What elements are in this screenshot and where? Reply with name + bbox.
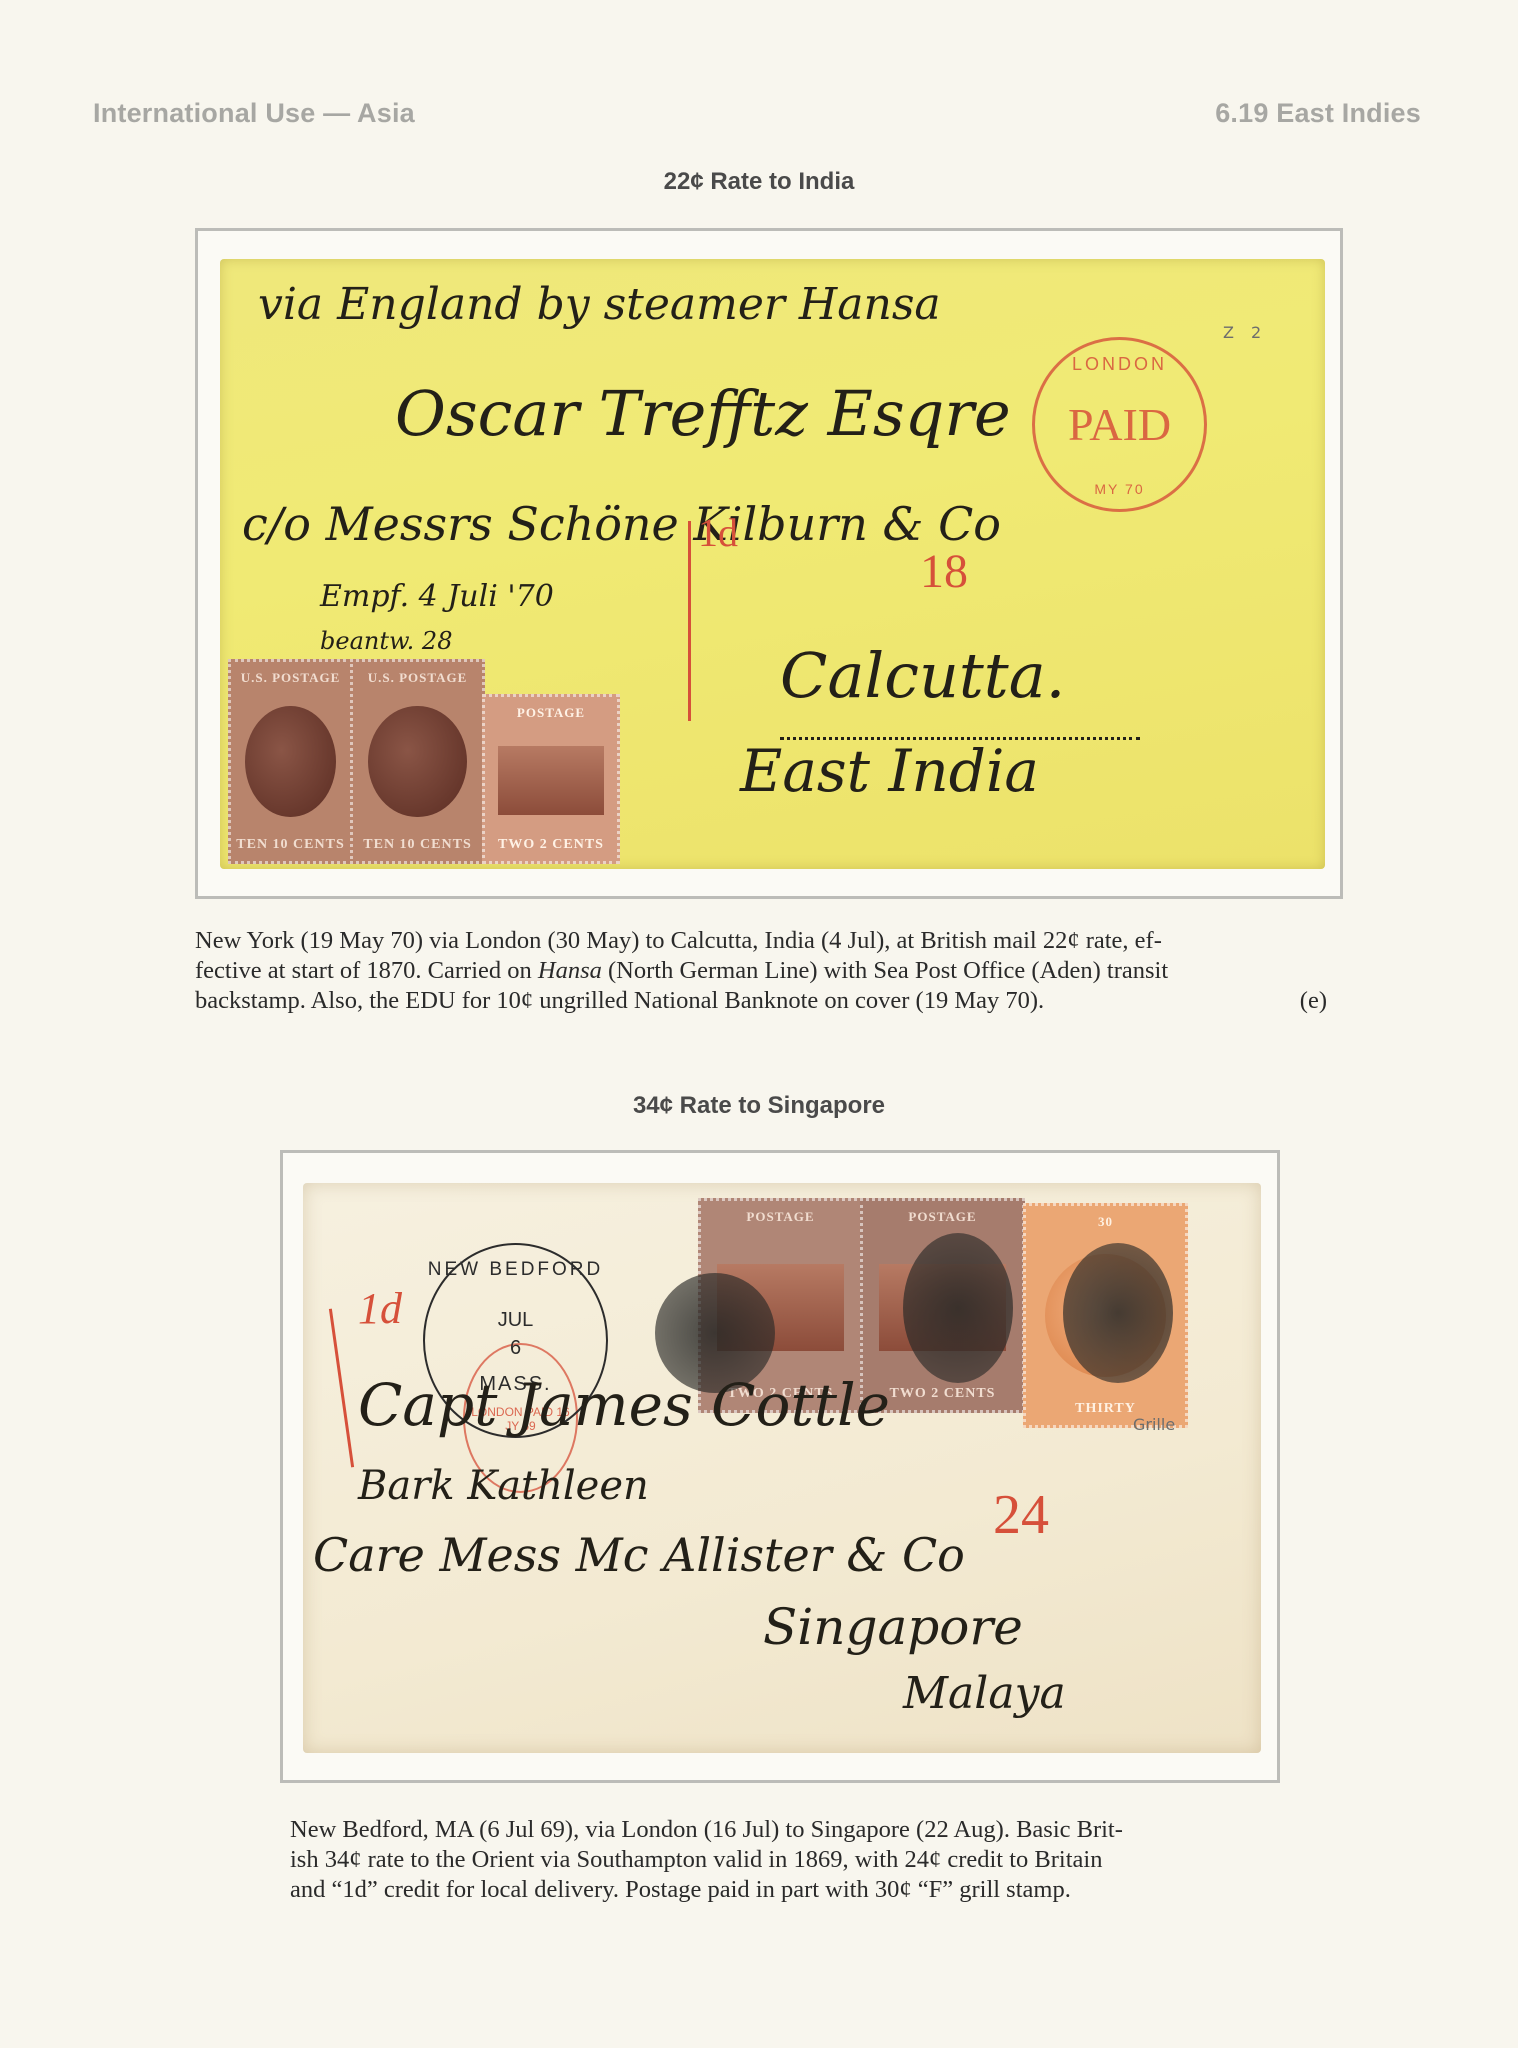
credit-mark-line: [329, 1309, 354, 1468]
manuscript-addressee: Oscar Trefftz Esqre: [395, 377, 1011, 450]
london-paid-postmark: LONDON PAID MY 70: [1032, 337, 1207, 512]
stamp-10c-jefferson-1[interactable]: U.S. POSTAGE TEN 10 CENTS: [228, 659, 353, 864]
cover-singapore[interactable]: POSTAGE TWO 2 CENTS POSTAGE TWO 2 CENTS …: [303, 1183, 1261, 1753]
page-header-chapter: 6.19 East Indies: [1215, 98, 1421, 129]
cover-india[interactable]: via England by steamer Hansa Z 2 LONDON …: [220, 259, 1325, 869]
manuscript-answer-note: beantw. 28: [320, 627, 452, 655]
cover-mount-singapore: POSTAGE TWO 2 CENTS POSTAGE TWO 2 CENTS …: [280, 1150, 1280, 1783]
credit-mark-1d: 1d: [358, 1283, 402, 1334]
red-numeral-18: 18: [920, 544, 968, 599]
pencil-note: Z 2: [1223, 323, 1267, 342]
manuscript-vessel: Bark Kathleen: [358, 1463, 649, 1509]
manuscript-receipt-note: Empf. 4 Juli '70: [320, 579, 554, 614]
stamp-10c-jefferson-2[interactable]: U.S. POSTAGE TEN 10 CENTS: [350, 659, 485, 864]
red-numeral-24: 24: [993, 1483, 1049, 1547]
exhibit-note: (e): [1300, 986, 1327, 1016]
caption-singapore: New Bedford, MA (6 Jul 69), via London (…: [290, 1815, 1275, 1905]
manuscript-routing: via England by steamer Hansa: [258, 279, 941, 330]
manuscript-care-of: Care Mess Mc Allister & Co: [313, 1528, 965, 1582]
stamp-2c-post-rider[interactable]: POSTAGE TWO 2 CENTS: [482, 694, 620, 864]
cork-cancel-2: [903, 1233, 1013, 1383]
page-header-section: International Use — Asia: [93, 98, 415, 129]
caption-india: New York (19 May 70) via London (30 May)…: [195, 926, 1337, 1016]
credit-mark-line: [688, 521, 691, 721]
cover-mount-india: via England by steamer Hansa Z 2 LONDON …: [195, 228, 1343, 899]
section-title-india: 22¢ Rate to India: [0, 168, 1518, 196]
manuscript-addressee: Capt James Cottle: [358, 1371, 890, 1439]
section-title-singapore: 34¢ Rate to Singapore: [0, 1092, 1518, 1120]
manuscript-city: Calcutta.: [780, 639, 1065, 712]
credit-mark-1d: 1d: [698, 509, 738, 556]
manuscript-country: East India: [740, 737, 1039, 805]
manuscript-country: Malaya: [903, 1668, 1066, 1719]
pencil-note-grille: Grille: [1133, 1415, 1175, 1434]
manuscript-care-of: c/o Messrs Schöne Kilburn & Co: [242, 497, 1001, 551]
manuscript-city: Singapore: [763, 1598, 1023, 1656]
cork-cancel-3: [1063, 1243, 1173, 1383]
